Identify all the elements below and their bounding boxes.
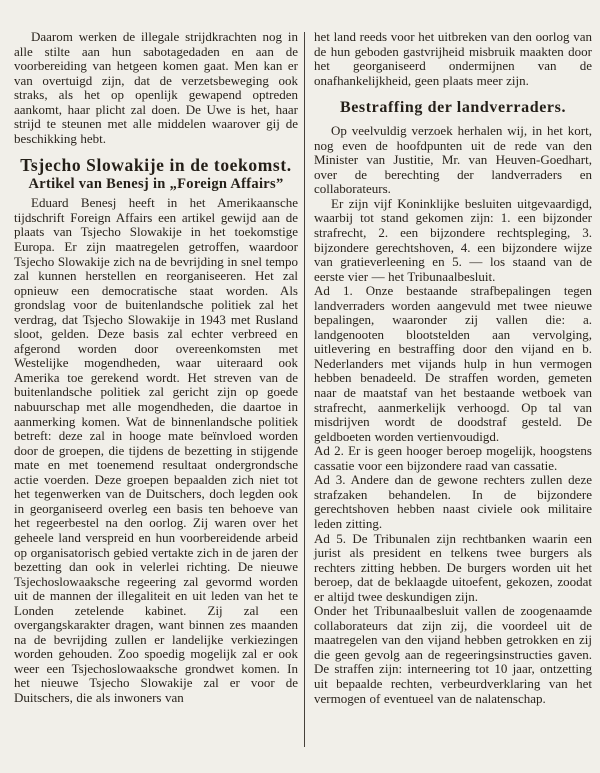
paragraph-tribunaalbesluit: Onder het Tribunaalbesluit vallen de zoo…: [314, 604, 592, 706]
column-divider-rule: [304, 32, 305, 747]
paragraph-ad2: Ad 2. Er is geen hooger beroep mogelijk,…: [314, 444, 592, 473]
article-title-bestraffing: Bestraffing der landverraders.: [314, 98, 592, 117]
article-title-tsjecho-slowakije: Tsjecho Slowakije in de toekomst.: [14, 155, 298, 175]
article-body-left: Eduard Benesj heeft in het Amerikaansche…: [14, 196, 298, 705]
newspaper-page: Daarom werken de illegale strijdkrachten…: [0, 0, 600, 773]
intro-paragraph: Daarom werken de illegale strijdkrachten…: [14, 30, 298, 146]
paragraph-ad5: Ad 5. De Tribunalen zijn rechtbanken waa…: [314, 532, 592, 605]
left-column: Daarom werken de illegale strijdkrachten…: [14, 30, 298, 773]
paragraph-hoofdpunten: Op veelvuldig verzoek herhalen wij, in h…: [314, 124, 592, 197]
paragraph-ad1: Ad 1. Onze bestaande strafbepalingen teg…: [314, 284, 592, 444]
continuation-paragraph: het land reeds voor het uitbreken van de…: [314, 30, 592, 88]
paragraph-ad3: Ad 3. Andere dan de gewone rechters zull…: [314, 473, 592, 531]
right-column: het land reeds voor het uitbreken van de…: [310, 30, 592, 773]
article-subtitle-benesj: Artikel van Benesj in „Foreign Affairs”: [14, 176, 298, 192]
paragraph-koninklijke-besluiten: Er zijn vijf Koninklijke besluiten uitge…: [314, 197, 592, 284]
